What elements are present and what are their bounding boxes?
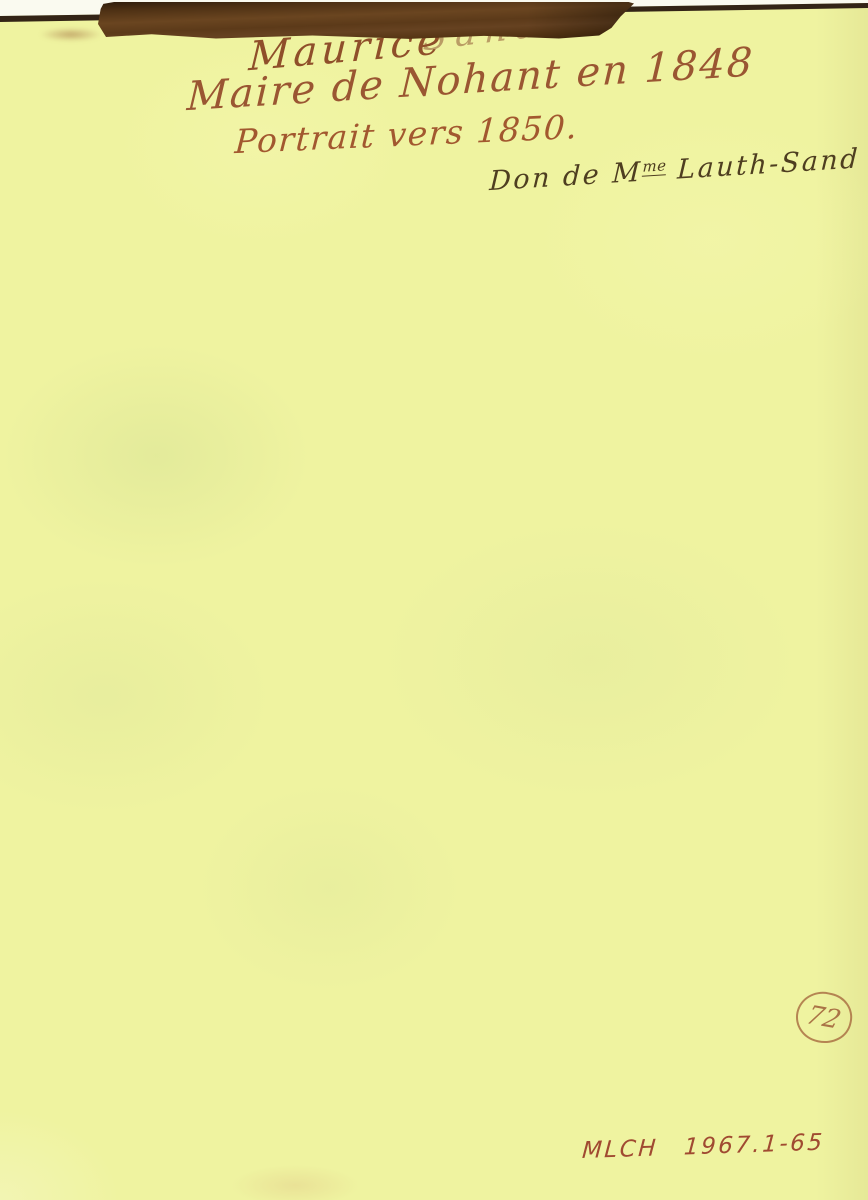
inventory-number: MLCH 1967.1-65 xyxy=(581,1130,825,1165)
donation-prefix: Don de M xyxy=(489,157,643,198)
donation-superscript: me xyxy=(642,156,667,177)
inventory-value: 1967.1-65 xyxy=(683,1130,825,1161)
page-number-text: 72 xyxy=(803,1000,845,1035)
ink-smudge xyxy=(36,27,106,42)
donation-rest: Lauth-Sand xyxy=(666,143,861,186)
inventory-prefix: MLCH xyxy=(581,1135,659,1164)
archive-card-verso: Sand Maurice Maire de Nohant en 1848 Por… xyxy=(0,0,868,1200)
circled-page-number: 72 xyxy=(791,987,856,1049)
handwriting-portrait-note: Portrait vers 1850. xyxy=(234,107,580,161)
handwriting-donation-note: Don de Mme Lauth-Sand xyxy=(489,143,861,197)
adhesive-tape-strip xyxy=(98,2,634,40)
